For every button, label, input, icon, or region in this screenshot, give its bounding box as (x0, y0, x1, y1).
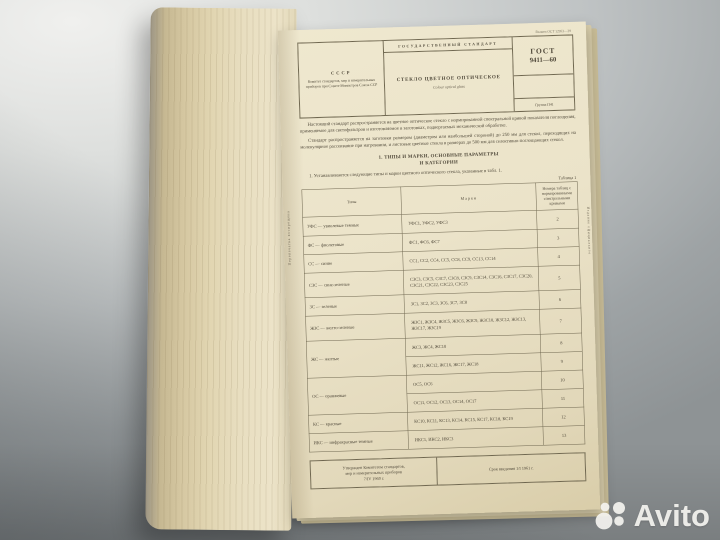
curve-table-number: 12 (543, 407, 585, 427)
glass-table-body: УФС — увиолевые темныеУФС1, УФС2, УФС32Ф… (303, 209, 585, 452)
approved-by: Утвержден Комитетом стандартов, мер и из… (310, 457, 437, 489)
curve-table-number: 3 (537, 228, 579, 248)
photo-scene: Взамен ОСТ 12953—39 СССР Комитет стандар… (0, 0, 720, 540)
page-content: Взамен ОСТ 12953—39 СССР Комитет стандар… (278, 22, 600, 519)
margin-note-right: Издание официальное (586, 206, 591, 254)
curve-table-number: 11 (542, 388, 584, 408)
book-cover-left (145, 7, 296, 531)
avito-watermark: Avito (595, 498, 710, 534)
curve-table-number: 6 (539, 290, 581, 310)
glass-type: ЖС — желтые (306, 338, 406, 378)
col-header-types: Типы (302, 187, 402, 217)
approved-line3: 7/IV 1960 г. (364, 476, 385, 482)
standard-title: СТЕКЛО ЦВЕТНОЕ ОПТИЧЕСКОЕ Colour optical… (383, 49, 514, 116)
title-en: Colour optical glass (433, 84, 465, 89)
gost-number-box: ГОСТ 9411—60 (512, 35, 574, 76)
curve-table-number: 9 (541, 351, 583, 371)
title-ru: СТЕКЛО ЦВЕТНОЕ ОПТИЧЕСКОЕ (397, 74, 501, 83)
gost-title-page: Взамен ОСТ 12953—39 СССР Комитет стандар… (278, 22, 600, 519)
issuing-body: СССР Комитет стандартов, мер и измерител… (298, 41, 385, 118)
glass-marks: ИКС1, ИКС2, ИКС3 (408, 427, 543, 450)
curve-table-number: 4 (538, 246, 580, 266)
avito-dots-icon (595, 499, 629, 533)
curve-table-number: 13 (543, 426, 585, 446)
col-header-marks: Марки (401, 183, 537, 214)
glass-types-table: Типы Марки Номера таблиц с нормированным… (302, 182, 586, 453)
header-spacer (513, 74, 574, 99)
curve-table-number: 5 (538, 265, 580, 291)
avito-watermark-label: Avito (634, 498, 710, 534)
margin-note-left: Перепечатка воспрещена (286, 210, 292, 265)
col-header-curves: Номера таблиц с нормированными спектраль… (536, 182, 578, 211)
glass-type: СЗС — сине-зеленые (304, 270, 404, 298)
group-label: Группа П41 (514, 97, 575, 112)
glass-type: ИКС — инфракрасные темные (309, 431, 409, 453)
header-table: СССР Комитет стандартов, мер и измерител… (297, 34, 575, 118)
curve-table-number: 2 (537, 209, 579, 229)
committee-label: Комитет стандартов, мер и измерительных … (301, 77, 382, 89)
curve-table-number: 7 (540, 308, 582, 334)
glass-type: ОС — оранжевые (307, 375, 407, 415)
glass-type: ЖЗС — желто-зеленые (306, 313, 406, 341)
effective-date: Срок введения 1/I 1961 г. (437, 453, 586, 485)
gost-number: 9411—60 (530, 55, 557, 64)
approval-box: Утвержден Комитетом стандартов, мер и из… (310, 452, 587, 489)
curve-table-number: 8 (540, 333, 582, 353)
curve-table-number: 10 (541, 370, 583, 390)
country-label: СССР (331, 70, 352, 76)
